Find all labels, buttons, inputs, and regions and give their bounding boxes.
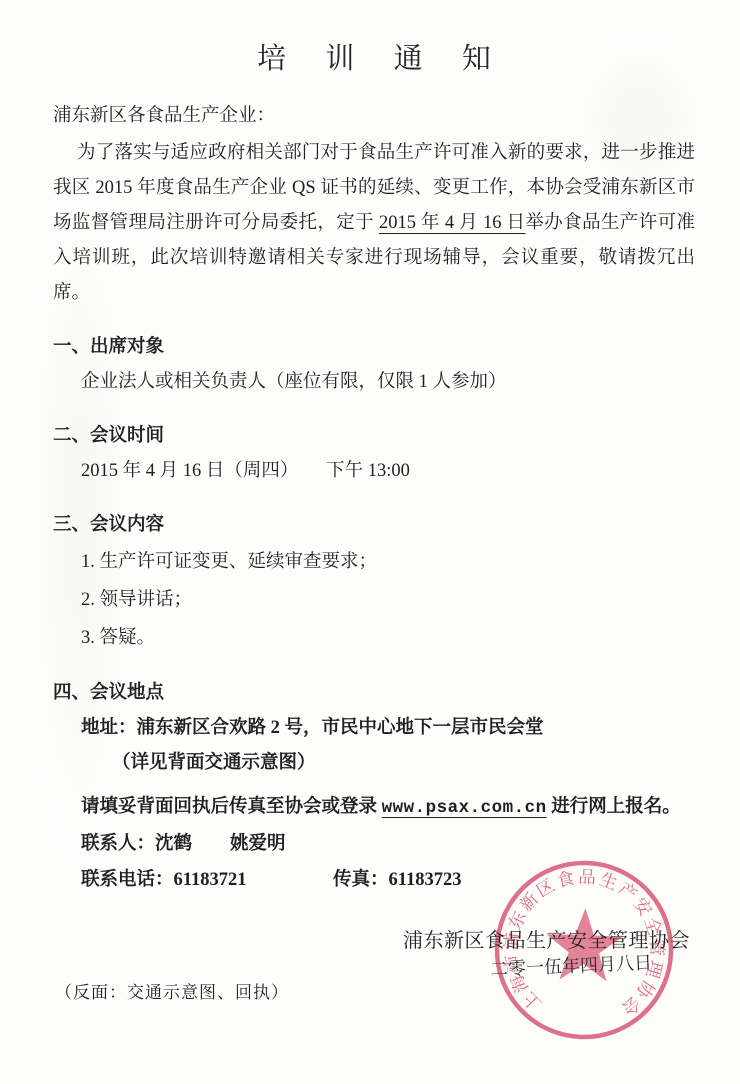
contact-fax: 传真：61183723	[333, 870, 461, 890]
section-heading-meeting-content: 三、会议内容	[53, 508, 695, 543]
section-heading-meeting-location: 四、会议地点	[53, 676, 695, 711]
notice-title: 培 训 通 知	[53, 36, 695, 82]
map-reference-line: （详见背面交通示意图）	[112, 746, 695, 781]
registration-url: www.psax.com.cn	[382, 798, 547, 818]
agenda-item-1: 1. 生产许可证变更、延续审查要求；	[81, 543, 695, 581]
registration-text-before-url: 请填妥背面回执后传真至协会或登录	[81, 797, 382, 817]
recipient-line: 浦东新区各食品生产企业：	[53, 102, 695, 130]
back-side-note: （反面：交通示意图、回执）	[55, 978, 289, 1003]
contact-person-2: 姚爱明	[230, 834, 286, 854]
address-line: 地址：浦东新区合欢路 2 号，市民中心地下一层市民会堂	[81, 711, 695, 746]
meeting-time-line: 2015 年 4 月 16 日（周四） 下午 13:00	[81, 454, 695, 489]
registration-text-after-url: 进行网上报名。	[547, 797, 681, 817]
agenda-item-3: 3. 答疑。	[81, 619, 695, 657]
contact-person-label: 联系人：	[81, 834, 155, 854]
underlined-training-date: 2015 年 4 月 16 日	[379, 213, 525, 233]
agenda-item-2: 2. 领导讲话；	[81, 581, 695, 619]
section-heading-meeting-time: 二、会议时间	[53, 419, 695, 454]
scanned-notice-page: 培 训 通 知 浦东新区各食品生产企业： 为了落实与适应政府相关部门对于食品生产…	[0, 0, 740, 1084]
contact-phone: 联系电话：61183721	[81, 862, 333, 898]
intro-paragraph: 为了落实与适应政府相关部门对于食品生产许可准入新的要求，进一步推进我区 2015…	[53, 136, 695, 311]
contact-person-1: 沈鹤	[155, 834, 192, 854]
registration-line: 请填妥背面回执后传真至协会或登录 www.psax.com.cn 进行网上报名。	[81, 789, 695, 826]
section-heading-attendees: 一、出席对象	[53, 330, 695, 365]
attendees-line: 企业法人或相关负责人（座位有限，仅限 1 人参加）	[81, 365, 695, 400]
